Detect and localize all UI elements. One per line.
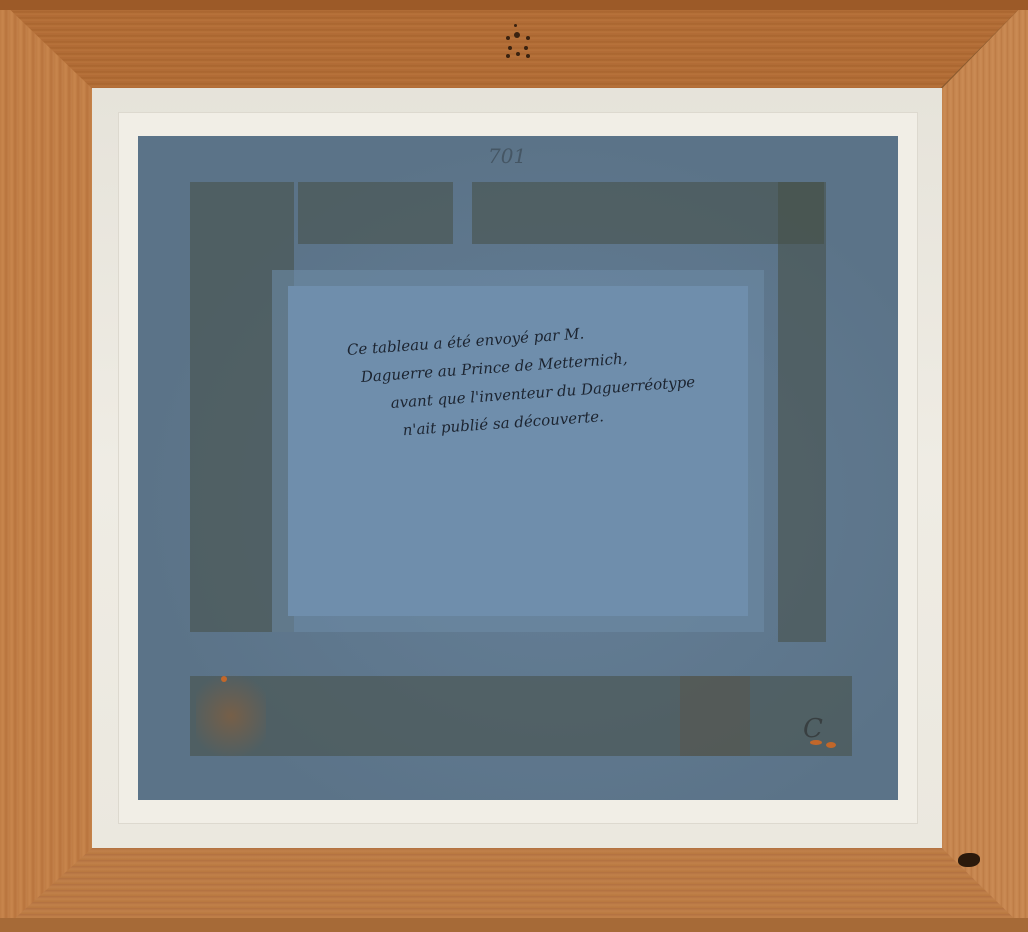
handwritten-inscription: Ce tableau a été envoyé par M. Daguerre … [346, 312, 693, 447]
rust-spot [810, 740, 822, 745]
inventory-number: 701 [488, 144, 526, 168]
tape-band-top-right [472, 182, 824, 244]
rust-spot [221, 676, 227, 682]
tape-band-bottom-mid [680, 676, 750, 756]
frame-left-rail [0, 0, 92, 932]
foxing-stain [196, 666, 266, 766]
tape-band-top-left [298, 182, 453, 244]
frame-right-rail [942, 0, 1028, 932]
tape-band-bottom-right [750, 676, 852, 756]
frame-bottom-edge [0, 918, 1028, 932]
wood-knot-hole [958, 853, 980, 867]
nail-holes [500, 22, 536, 62]
frame-top-edge [0, 0, 1028, 10]
rust-spot [826, 742, 836, 748]
tape-band-left [190, 182, 294, 632]
backing-paper: 701 Ce tableau a été envoyé par M. Dague… [138, 136, 898, 800]
tape-band-right [778, 182, 826, 642]
